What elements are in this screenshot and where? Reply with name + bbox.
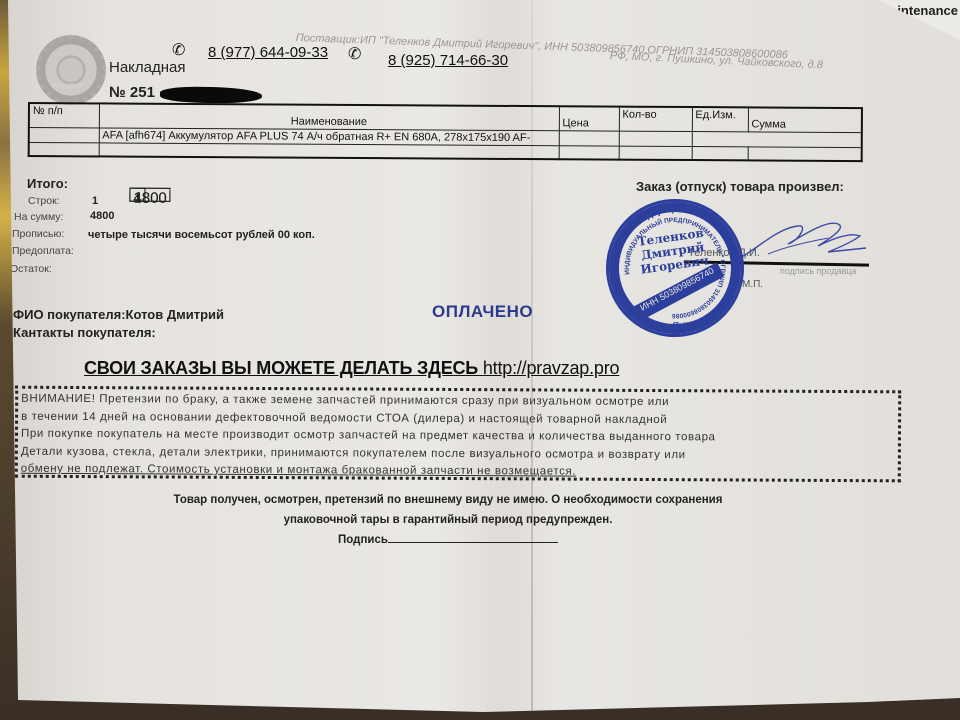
balance-label: Остаток:: [10, 263, 52, 275]
buyer-name-label: ФИО покупателя:: [13, 307, 126, 322]
row-name: [99, 142, 559, 159]
items-table: № п/п Наименование Цена Кол-во Ед.Изм. С…: [28, 102, 863, 162]
column-header: Сумма: [748, 107, 862, 132]
sum-label: На сумму:: [14, 211, 63, 223]
row-number: [29, 142, 99, 156]
phone-icon: ✆: [348, 44, 361, 64]
document-number: № 251: [109, 84, 155, 101]
signature-blank: [388, 532, 558, 543]
words-value: четыре тысячи восемьсот рублей 00 коп.: [88, 229, 315, 241]
phone-number-2: 8 (925) 714-66-30: [388, 52, 508, 69]
rows-count-label: Строк:: [28, 195, 60, 207]
warranty-notice: ВНИМАНИЕ! Претензии по браку, а также зе…: [15, 386, 901, 483]
buyer-contacts-label: Кантакты покупателя:: [13, 325, 156, 340]
totals-title: Итого:: [27, 176, 68, 191]
column-header: Цена: [559, 106, 619, 130]
promo-banner: СВОИ ЗАКАЗЫ ВЫ МОЖЕТЕ ДЕЛАТЬ ЗДЕСЬ http:…: [84, 358, 619, 379]
promo-url[interactable]: http://pravzap.pro: [483, 358, 619, 378]
paid-stamp: ОПЛАЧЕНО: [432, 302, 533, 322]
column-header: Наименование: [99, 103, 559, 130]
rows-count-value: 1: [92, 195, 98, 207]
row-qty: [619, 146, 692, 160]
seal-place-label: М.П.: [742, 279, 763, 290]
row-unit: [619, 131, 692, 146]
phone-number-1: 8 (977) 644-09-33: [208, 44, 328, 61]
column-header: № п/п: [29, 103, 99, 127]
logo-text: PRAVZAP: [52, 84, 84, 90]
buyer-name: ФИО покупателя:Котов Дмитрий: [13, 307, 224, 322]
column-header: Кол-во: [619, 107, 692, 131]
phone-icon: ✆: [172, 40, 185, 60]
seller-signature: [738, 218, 868, 268]
order-by-label: Заказ (отпуск) товара произвел:: [636, 179, 844, 194]
document-title: Накладная: [109, 59, 186, 76]
prepay-label: Предоплата:: [12, 245, 74, 257]
acceptance-line: упаковочной тары в гарантийный период пр…: [88, 510, 808, 530]
row-unit: [692, 146, 748, 160]
sum-value: 4800: [90, 210, 114, 222]
row-sum: 4800: [129, 188, 170, 202]
buyer-name-value: Котов Дмитрий: [126, 307, 224, 322]
signature-label: Подпись: [338, 534, 388, 546]
company-logo: [36, 35, 106, 105]
invoice-document: PRAVZAP Накладная № 251 ✆ 8 (977) 644-09…: [8, 0, 960, 712]
promo-text: СВОИ ЗАКАЗЫ ВЫ МОЖЕТЕ ДЕЛАТЬ ЗДЕСЬ: [84, 358, 478, 378]
column-header: Ед.Изм.: [692, 107, 748, 131]
row-price: [559, 145, 619, 159]
acceptance-statement: Товар получен, осмотрен, претензий по вн…: [88, 490, 808, 550]
buyer-signature-row: Подпись: [88, 530, 808, 550]
acceptance-line: Товар получен, осмотрен, претензий по вн…: [88, 490, 808, 510]
redaction-mark: [160, 86, 262, 104]
words-label: Прописью:: [12, 228, 64, 240]
notice-line: обмену не подлежат. Стоимость установки …: [21, 461, 895, 483]
seller-stamp: Российская Федерация Московская обл. ИНД…: [597, 190, 753, 346]
row-sum: [748, 146, 862, 161]
